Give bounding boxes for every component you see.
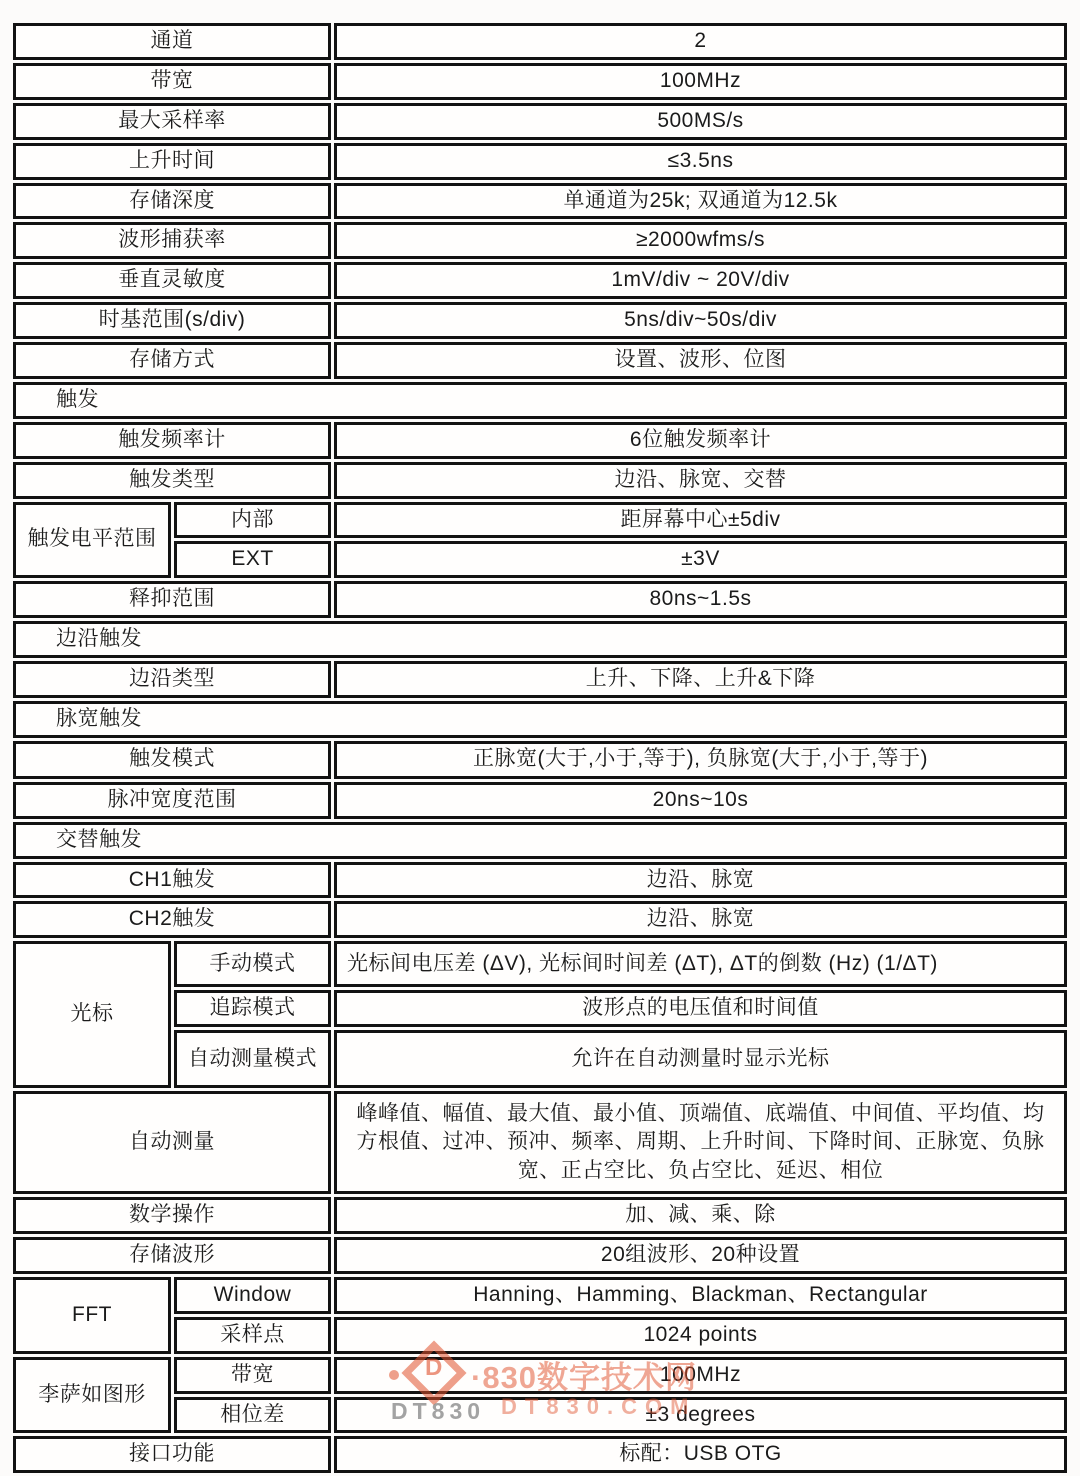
- spec-value: 正脉宽(大于,小于,等于), 负脉宽(大于,小于,等于): [334, 741, 1067, 779]
- table-row: CH1触发边沿、脉宽: [13, 862, 1067, 899]
- table-row: 存储方式设置、波形、位图: [13, 342, 1067, 379]
- section-header: 边沿触发: [13, 621, 1067, 658]
- table-row: 上升时间≤3.5ns: [13, 143, 1067, 180]
- spec-value: 100MHz: [334, 63, 1067, 100]
- group-label: 李萨如图形: [13, 1357, 171, 1432]
- spec-label: 边沿类型: [13, 661, 331, 698]
- spec-value: 峰峰值、幅值、最大值、最小值、顶端值、底端值、中间值、平均值、均方根值、过冲、预…: [334, 1091, 1067, 1194]
- spec-value: 20ns~10s: [334, 782, 1067, 819]
- sub-label: Window: [174, 1277, 331, 1314]
- group-label: 触发电平范围: [13, 502, 171, 579]
- spec-label: 触发类型: [13, 462, 331, 499]
- spec-label: 波形捕获率: [13, 222, 331, 259]
- section-header: 脉宽触发: [13, 701, 1067, 738]
- spec-value: 1024 points: [334, 1317, 1067, 1354]
- group-label: 光标: [13, 941, 171, 1088]
- spec-value: 光标间电压差 (ΔV), 光标间时间差 (ΔT), ΔT的倒数 (Hz) (1/…: [334, 941, 1067, 987]
- spec-value: 20组波形、20种设置: [334, 1237, 1067, 1274]
- spec-label: 触发频率计: [13, 422, 331, 459]
- spec-label: 时基范围(s/div): [13, 302, 331, 339]
- table-row: 交替触发: [13, 822, 1067, 859]
- spec-value: 距屏幕中心±5div: [334, 502, 1067, 539]
- spec-value: 上升、下降、上升&下降: [334, 661, 1067, 698]
- spec-value: 2: [334, 23, 1067, 60]
- spec-label: 带宽: [13, 63, 331, 100]
- section-header: 交替触发: [13, 822, 1067, 859]
- table-row: 触发类型边沿、脉宽、交替: [13, 462, 1067, 499]
- table-row: 自动测量峰峰值、幅值、最大值、最小值、顶端值、底端值、中间值、平均值、均方根值、…: [13, 1091, 1067, 1194]
- table-row: 带宽100MHz: [13, 63, 1067, 100]
- table-row: 存储深度单通道为25k; 双通道为12.5k: [13, 183, 1067, 220]
- spec-value: ±3 degrees: [334, 1397, 1067, 1432]
- sub-label: 采样点: [174, 1317, 331, 1354]
- table-row: 边沿类型上升、下降、上升&下降: [13, 661, 1067, 698]
- spec-label: CH1触发: [13, 862, 331, 899]
- spec-label: CH2触发: [13, 901, 331, 938]
- table-row: 自动测量模式允许在自动测量时显示光标: [13, 1030, 1067, 1088]
- sub-label: 带宽: [174, 1357, 331, 1394]
- spec-value: 6位触发频率计: [334, 422, 1067, 459]
- section-header: 触发: [13, 382, 1067, 419]
- table-row: 存储波形20组波形、20种设置: [13, 1237, 1067, 1274]
- sub-label: 手动模式: [174, 941, 331, 987]
- table-row: 光标手动模式光标间电压差 (ΔV), 光标间时间差 (ΔT), ΔT的倒数 (H…: [13, 941, 1067, 987]
- spec-label: 触发模式: [13, 741, 331, 779]
- spec-label: 存储方式: [13, 342, 331, 379]
- spec-label: 上升时间: [13, 143, 331, 180]
- spec-label: 通道: [13, 23, 331, 60]
- table-row: 触发频率计6位触发频率计: [13, 422, 1067, 459]
- spec-value: 边沿、脉宽: [334, 862, 1067, 899]
- spec-value: 5ns/div~50s/div: [334, 302, 1067, 339]
- sub-label: 追踪模式: [174, 990, 331, 1027]
- spec-value: Hanning、Hamming、Blackman、Rectangular: [334, 1277, 1067, 1314]
- sub-label: EXT: [174, 541, 331, 578]
- table-row: 通道2: [13, 23, 1067, 60]
- sub-label: 自动测量模式: [174, 1030, 331, 1088]
- table-row: 垂直灵敏度1mV/div ~ 20V/div: [13, 262, 1067, 299]
- spec-value: 80ns~1.5s: [334, 581, 1067, 618]
- table-row: 触发电平范围内部距屏幕中心±5div: [13, 502, 1067, 539]
- sub-label: 内部: [174, 502, 331, 539]
- oscilloscope-spec-table: 通道2 带宽100MHz 最大采样率500MS/s 上升时间≤3.5ns 存储深…: [10, 20, 1070, 1432]
- table-row: 脉宽触发: [13, 701, 1067, 738]
- spec-label: 垂直灵敏度: [13, 262, 331, 299]
- spec-label: 存储深度: [13, 183, 331, 220]
- table-row: 追踪模式波形点的电压值和时间值: [13, 990, 1067, 1027]
- spec-label: 最大采样率: [13, 103, 331, 140]
- spec-value: 500MS/s: [334, 103, 1067, 140]
- table-row: 边沿触发: [13, 621, 1067, 658]
- spec-value: 设置、波形、位图: [334, 342, 1067, 379]
- spec-value: 边沿、脉宽、交替: [334, 462, 1067, 499]
- spec-label: 数学操作: [13, 1197, 331, 1234]
- table-row: 最大采样率500MS/s: [13, 103, 1067, 140]
- table-row: FFTWindowHanning、Hamming、Blackman、Rectan…: [13, 1277, 1067, 1314]
- table-row: 脉冲宽度范围20ns~10s: [13, 782, 1067, 819]
- spec-value: 单通道为25k; 双通道为12.5k: [334, 183, 1067, 220]
- spec-value: 加、减、乘、除: [334, 1197, 1067, 1234]
- table-row: EXT±3V: [13, 541, 1067, 578]
- spec-label: 释抑范围: [13, 581, 331, 618]
- group-label: FFT: [13, 1277, 171, 1354]
- spec-value: 100MHz: [334, 1357, 1067, 1394]
- table-row: 采样点1024 points: [13, 1317, 1067, 1354]
- spec-value: 允许在自动测量时显示光标: [334, 1030, 1067, 1088]
- table-row: CH2触发边沿、脉宽: [13, 901, 1067, 938]
- table-row: 李萨如图形带宽100MHz: [13, 1357, 1067, 1394]
- spec-value: 边沿、脉宽: [334, 901, 1067, 938]
- table-row: 相位差±3 degrees: [13, 1397, 1067, 1432]
- spec-value: ±3V: [334, 541, 1067, 578]
- table-row: 触发模式正脉宽(大于,小于,等于), 负脉宽(大于,小于,等于): [13, 741, 1067, 779]
- spec-value: ≥2000wfms/s: [334, 222, 1067, 259]
- spec-value: 1mV/div ~ 20V/div: [334, 262, 1067, 299]
- table-row: 时基范围(s/div)5ns/div~50s/div: [13, 302, 1067, 339]
- table-row: 波形捕获率≥2000wfms/s: [13, 222, 1067, 259]
- spec-label: 自动测量: [13, 1091, 331, 1194]
- sub-label: 相位差: [174, 1397, 331, 1432]
- table-row: 触发: [13, 382, 1067, 419]
- spec-label: 脉冲宽度范围: [13, 782, 331, 819]
- spec-value: ≤3.5ns: [334, 143, 1067, 180]
- spec-value: 波形点的电压值和时间值: [334, 990, 1067, 1027]
- table-row: 数学操作加、减、乘、除: [13, 1197, 1067, 1234]
- spec-label: 存储波形: [13, 1237, 331, 1274]
- table-row: 释抑范围80ns~1.5s: [13, 581, 1067, 618]
